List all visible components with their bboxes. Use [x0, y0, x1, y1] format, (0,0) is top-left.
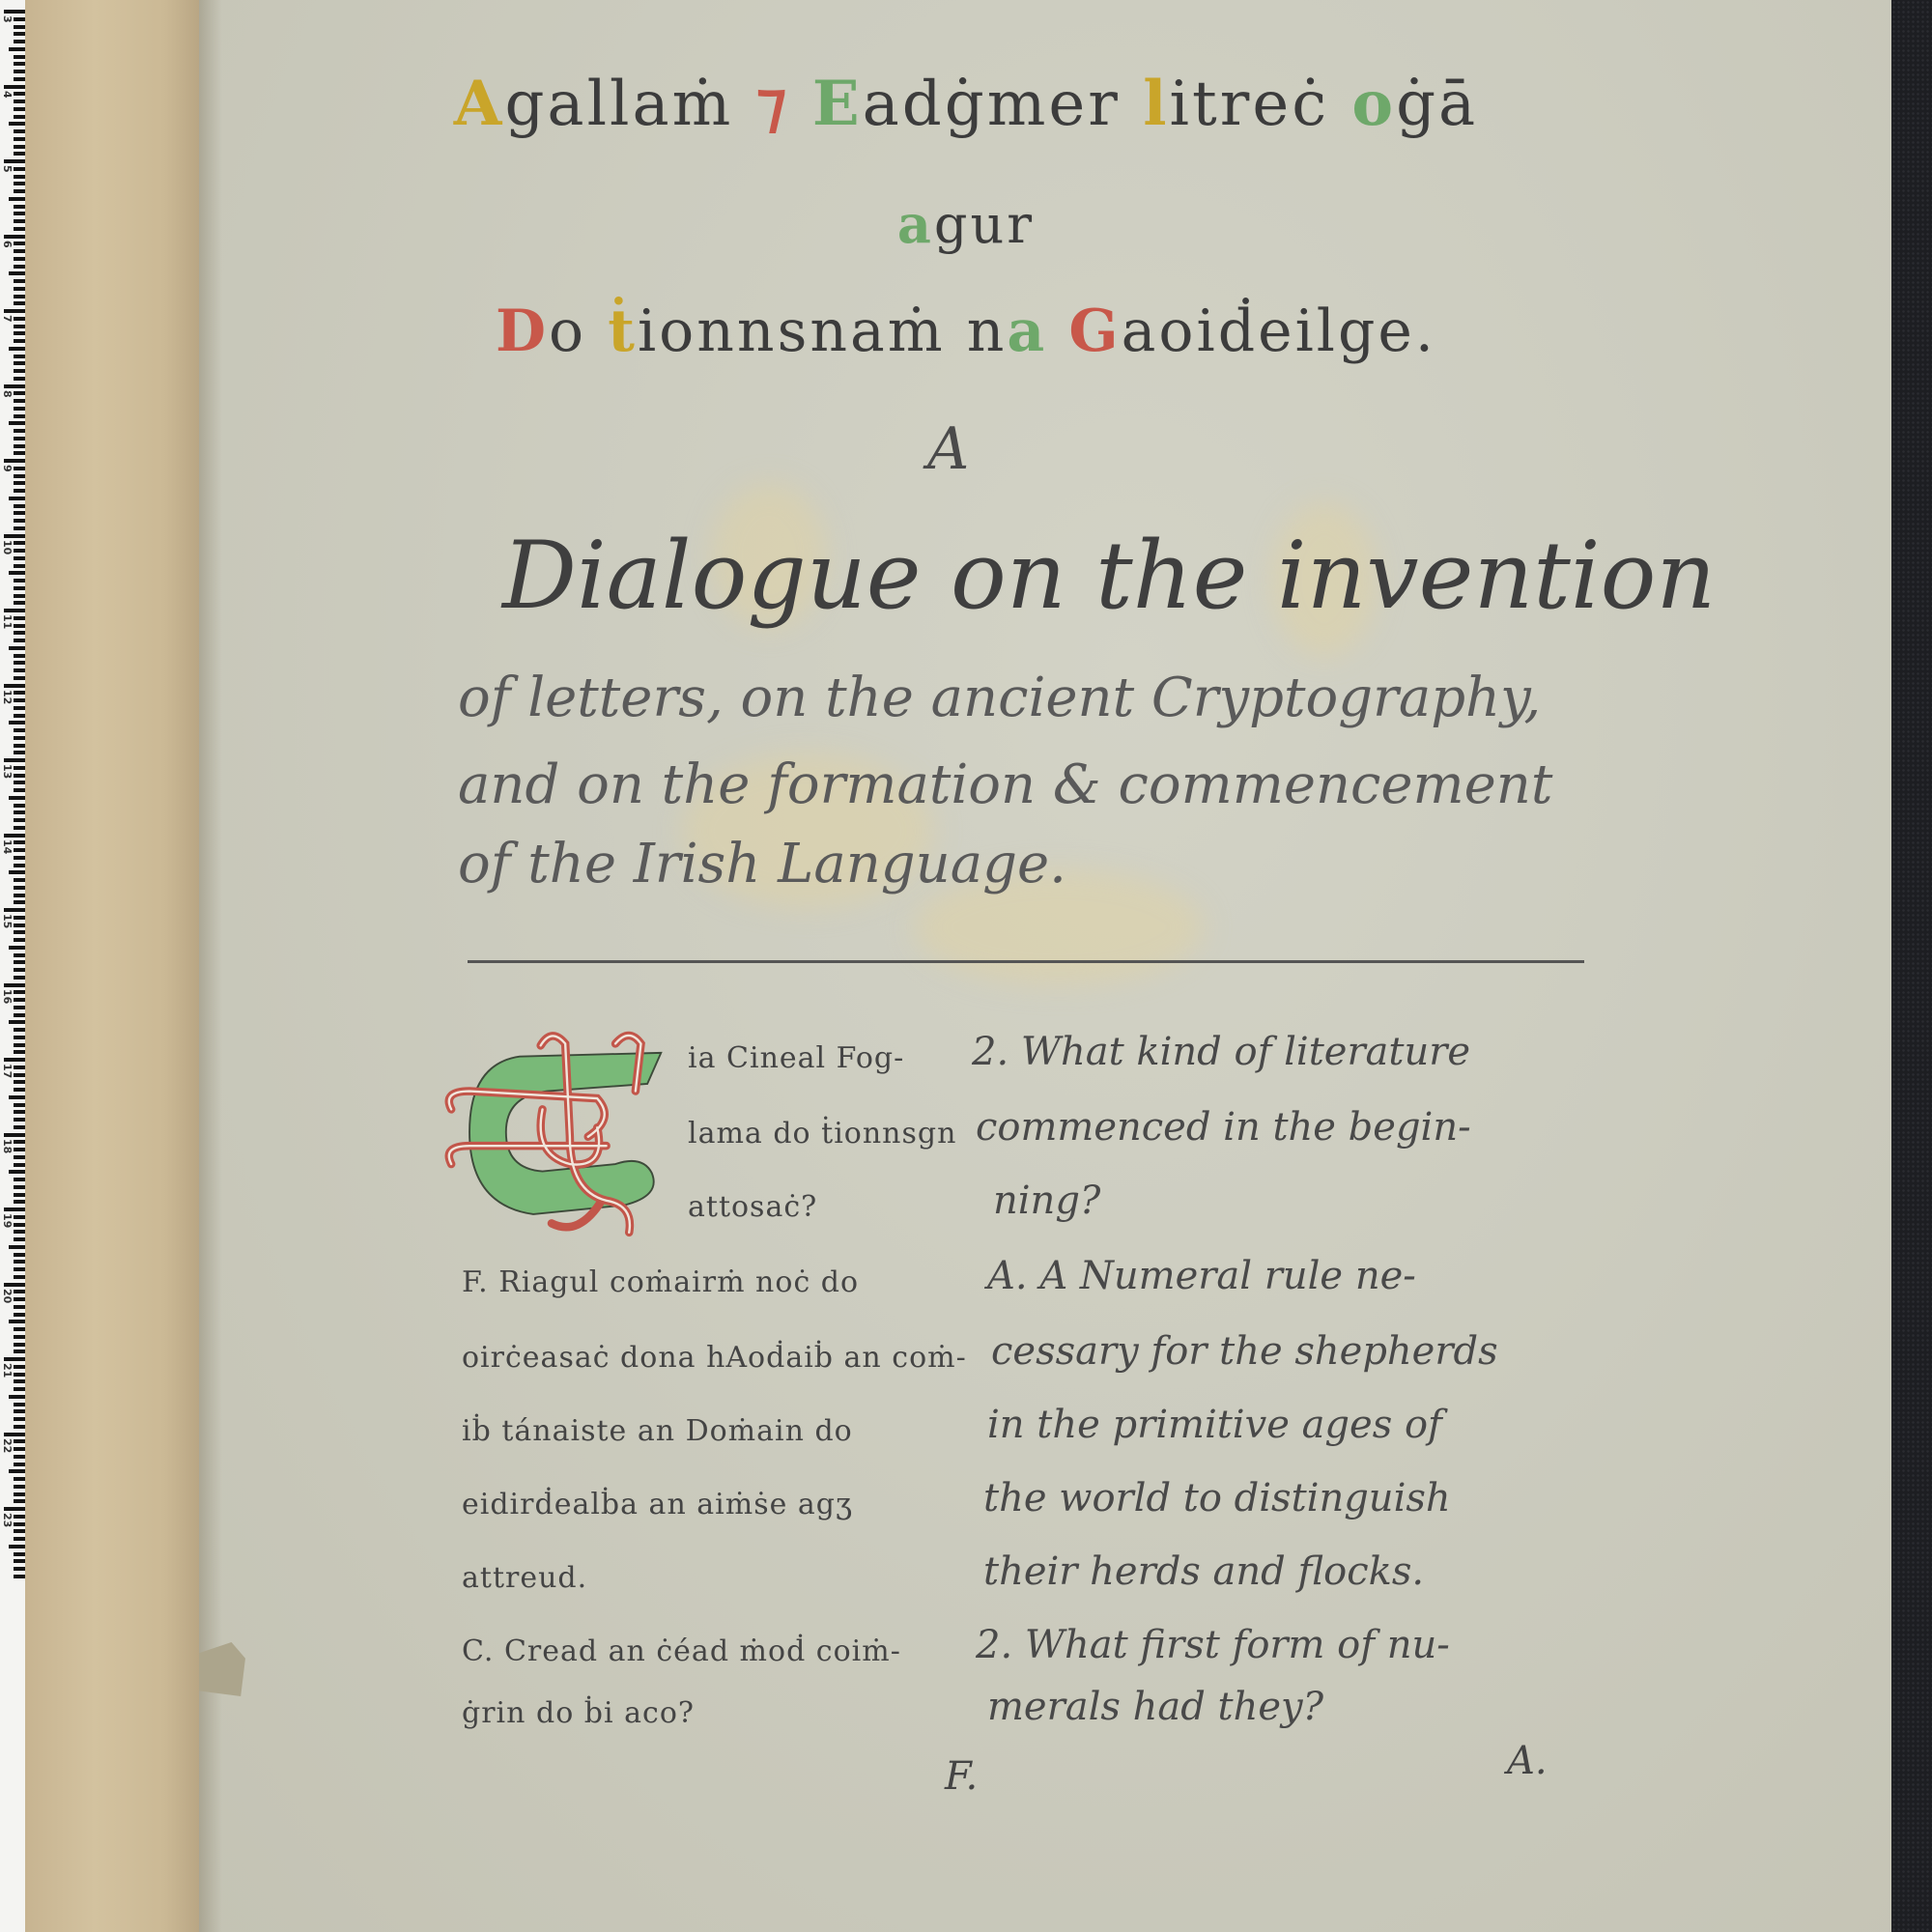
- illuminated-initial: A: [454, 68, 505, 140]
- ruler-tick: [14, 1387, 25, 1391]
- irish-title-line-3: Do ṫionnsnaṁ na Gaoiḋeilge.: [0, 298, 1932, 365]
- ruler-tick: [14, 1223, 25, 1227]
- ruler-tick: [14, 691, 25, 695]
- english-column-line: commenced in the begin-: [976, 1105, 1471, 1150]
- ruler-tick: [14, 1230, 25, 1234]
- ruler-tick: [9, 271, 25, 275]
- ruler-tick: [14, 1567, 25, 1571]
- ruler-label: 16: [1, 989, 14, 1009]
- ruler-tick: [14, 1006, 25, 1009]
- ruler-tick: [14, 25, 25, 29]
- ruler-tick: [14, 676, 25, 680]
- ruler-tick: [14, 654, 25, 658]
- english-title-line-3: and on the formation & commencement: [458, 753, 1552, 816]
- ruler-tick: [14, 639, 25, 642]
- ruler-label: 5: [1, 165, 14, 185]
- ruler-tick: [14, 1148, 25, 1151]
- ruler-tick: [14, 474, 25, 478]
- ruler-tick: [14, 279, 25, 283]
- ruler-tick: [9, 47, 25, 51]
- ruler-tick: [14, 751, 25, 754]
- ruler-tick: [14, 744, 25, 748]
- illuminated-initial: E: [812, 68, 863, 140]
- ruler-label: 3: [1, 15, 14, 35]
- ruler-tick: [14, 1492, 25, 1496]
- ruler-tick: [14, 541, 25, 545]
- ruler-tick: [14, 631, 25, 635]
- ruler-tick: [4, 684, 25, 688]
- ruler-label: 13: [1, 764, 14, 783]
- ruler-tick: [14, 1485, 25, 1489]
- ruler-tick: [14, 489, 25, 493]
- ruler-tick: [14, 414, 25, 418]
- ruler-tick: [14, 930, 25, 934]
- ruler-tick: [14, 1043, 25, 1047]
- ruler-tick: [14, 878, 25, 882]
- ruler-tick: [14, 1313, 25, 1317]
- ruler-tick: [14, 1529, 25, 1533]
- ruler-tick: [14, 17, 25, 21]
- ruler-tick: [14, 840, 25, 844]
- ruler-tick: [14, 1343, 25, 1347]
- ruler-tick: [14, 728, 25, 732]
- ruler-tick: [14, 1499, 25, 1503]
- ruler-tick: [14, 990, 25, 994]
- ruler-tick: [9, 497, 25, 500]
- ruler-tick: [14, 864, 25, 867]
- ruler-tick: [4, 459, 25, 463]
- ruler-tick: [14, 167, 25, 171]
- ruler-tick: [14, 998, 25, 1002]
- ruler-tick: [9, 721, 25, 724]
- ruler-tick: [14, 1327, 25, 1331]
- ruler-tick: [9, 1095, 25, 1099]
- ruler-label: 14: [1, 839, 14, 859]
- ruler-tick: [14, 856, 25, 860]
- ruler-label: 10: [1, 540, 14, 559]
- ruler-tick: [4, 1433, 25, 1436]
- ruler-tick: [14, 804, 25, 808]
- ruler-tick: [14, 40, 25, 43]
- ruler-tick: [14, 774, 25, 778]
- ruler-tick: [14, 1403, 25, 1406]
- ruler-tick: [4, 908, 25, 912]
- ruler-tick: [14, 1575, 25, 1578]
- ruler-tick: [14, 511, 25, 515]
- ruler-tick: [14, 451, 25, 455]
- ruler-tick: [14, 953, 25, 957]
- ruler-tick: [14, 287, 25, 291]
- ruler-tick: [9, 1020, 25, 1024]
- ruler-tick: [14, 1409, 25, 1413]
- english-column-line: the world to distinguish: [983, 1476, 1451, 1520]
- ruler-tick: [14, 1110, 25, 1114]
- book-cover-edge: [1891, 0, 1932, 1932]
- ruler-tick: [14, 1297, 25, 1301]
- ruler-tick: [14, 968, 25, 972]
- ruler-tick: [14, 152, 25, 156]
- ruler-tick: [14, 1050, 25, 1054]
- ruler-tick: [14, 894, 25, 897]
- ruler-tick: [14, 923, 25, 927]
- ruler-tick: [14, 391, 25, 395]
- ruler-tick: [14, 1477, 25, 1481]
- ruler-tick: [14, 1065, 25, 1069]
- ruler-tick: [14, 976, 25, 980]
- ruler-tick: [14, 714, 25, 718]
- ruler-tick: [14, 481, 25, 485]
- ruler-tick: [14, 1155, 25, 1159]
- ruler-tick: [9, 646, 25, 650]
- ruler-tick: [14, 1088, 25, 1092]
- english-title-line-2: of letters, on the ancient Cryptography,: [458, 667, 1541, 729]
- ruler-tick: [4, 1133, 25, 1137]
- ruler-tick: [14, 265, 25, 269]
- ruler-label: 21: [1, 1363, 14, 1382]
- ruler-tick: [4, 1283, 25, 1287]
- ruler-label: 12: [1, 690, 14, 709]
- irish-column-line: F. Riagul coṁairṁ noċ do: [462, 1265, 859, 1299]
- ruler-tick: [14, 55, 25, 59]
- facing-page-edge: [25, 0, 199, 1932]
- ruler-tick: [4, 1507, 25, 1511]
- ruler-label: 22: [1, 1438, 14, 1458]
- ruler-tick: [14, 848, 25, 852]
- illuminated-knotwork-initial: [431, 1018, 672, 1246]
- ruler-tick: [4, 159, 25, 163]
- ruler-tick: [14, 810, 25, 814]
- ruler-tick: [14, 938, 25, 942]
- ruler-tick: [14, 826, 25, 830]
- ruler-tick: [14, 407, 25, 411]
- ruler-tick: [14, 579, 25, 582]
- ruler-tick: [4, 534, 25, 538]
- ruler-tick: [14, 1080, 25, 1084]
- ruler-tick: [14, 1515, 25, 1519]
- ruler-tick: [4, 1058, 25, 1062]
- ruler-tick: [9, 1170, 25, 1174]
- english-column-line: in the primitive ages of: [987, 1403, 1442, 1447]
- ruler-tick: [14, 564, 25, 568]
- ruler-tick: [14, 257, 25, 261]
- ruler-tick: [14, 1365, 25, 1369]
- ruler-tick: [14, 32, 25, 36]
- ruler-tick: [14, 175, 25, 179]
- irish-column-line: attosaċ?: [688, 1190, 817, 1224]
- ruler-tick: [9, 1545, 25, 1548]
- ruler-tick: [14, 1028, 25, 1032]
- ruler-tick: [14, 594, 25, 598]
- ruler-tick: [14, 399, 25, 403]
- ruler-tick: [14, 467, 25, 470]
- ruler-tick: [14, 444, 25, 448]
- ruler-tick: [14, 1373, 25, 1377]
- ruler-tick: [14, 504, 25, 508]
- ruler-tick: [4, 758, 25, 762]
- horizontal-rule: [468, 960, 1584, 963]
- english-column-line: cessary for the shepherds: [991, 1329, 1498, 1374]
- ruler-tick: [14, 1036, 25, 1039]
- ruler-tick: [14, 1260, 25, 1264]
- ruler-tick: [14, 1193, 25, 1197]
- catchword-right: A.: [1507, 1739, 1548, 1783]
- ruler-tick: [14, 1237, 25, 1241]
- ruler-tick: [9, 571, 25, 575]
- ruler-tick: [9, 1245, 25, 1249]
- ruler-tick: [14, 1200, 25, 1204]
- ruler-tick: [14, 1253, 25, 1257]
- ruler-tick: [14, 1013, 25, 1017]
- ruler-tick: [14, 661, 25, 665]
- english-column-line: 2. What first form of nu-: [976, 1623, 1450, 1667]
- ruler-tick: [4, 10, 25, 14]
- english-column-line: merals had they?: [987, 1685, 1323, 1729]
- ruler-tick: [9, 1469, 25, 1473]
- ruler-label: 19: [1, 1213, 14, 1233]
- irish-column-line: attreud.: [462, 1561, 587, 1595]
- ruler-tick: [14, 1275, 25, 1279]
- english-column-line: their herds and flocks.: [983, 1549, 1424, 1594]
- ruler-tick: [14, 1267, 25, 1271]
- ruler-tick: [14, 1537, 25, 1541]
- ruler-tick: [14, 698, 25, 702]
- ruler-label: 17: [1, 1064, 14, 1083]
- irish-column-line: oirċeasaċ dona hAoḋaiḃ an coṁ-: [462, 1341, 967, 1375]
- ruler-tick: [4, 384, 25, 388]
- ruler-tick: [14, 519, 25, 523]
- irish-column-line: ġrin do ḃi aco?: [462, 1696, 695, 1730]
- ruler-tick: [14, 624, 25, 628]
- ruler-tick: [4, 834, 25, 838]
- ruler-tick: [14, 377, 25, 381]
- ruler-tick: [14, 706, 25, 710]
- english-column-line: A. A Numeral rule ne-: [987, 1254, 1416, 1298]
- ruler-tick: [14, 62, 25, 66]
- ruler-tick: [14, 1559, 25, 1563]
- irish-column-line: iḃ tánaiste an Doṁain do: [462, 1414, 853, 1448]
- ruler-tick: [14, 526, 25, 530]
- ruler-tick: [14, 145, 25, 149]
- ruler-tick: [14, 1455, 25, 1459]
- english-column-line: 2. What kind of literature: [972, 1030, 1470, 1074]
- ruler-tick: [14, 1522, 25, 1526]
- ruler-tick: [14, 900, 25, 904]
- ruler-tick: [14, 556, 25, 560]
- ruler-tick: [14, 736, 25, 740]
- ruler-tick: [14, 1425, 25, 1429]
- ruler-tick: [4, 983, 25, 987]
- ruler-tick: [14, 886, 25, 890]
- ruler-tick: [14, 668, 25, 672]
- ruler-tick: [14, 437, 25, 440]
- irish-title-line-2: agur: [0, 193, 1932, 255]
- ruler-tick: [9, 946, 25, 950]
- ruler-tick: [14, 1305, 25, 1309]
- ruler-tick: [14, 1215, 25, 1219]
- ruler-tick: [4, 1357, 25, 1361]
- scale-ruler: 34567891011121314151617181920212223: [0, 0, 25, 1932]
- ruler-tick: [14, 1073, 25, 1077]
- english-column-line: ning?: [993, 1179, 1100, 1223]
- english-title-line-1: Dialogue on the invention: [502, 522, 1716, 630]
- ruler-label: 9: [1, 465, 14, 484]
- ruler-label: 20: [1, 1289, 14, 1308]
- ruler-tick: [9, 870, 25, 874]
- ruler-label: 11: [1, 614, 14, 634]
- ruler-tick: [14, 1140, 25, 1144]
- irish-column-line: lama do ṫionnsgn: [688, 1117, 956, 1151]
- irish-column-line: eidirḋealḃa an aiṁṡe agʒ: [462, 1488, 853, 1521]
- ruler-tick: [14, 601, 25, 605]
- ruler-tick: [14, 1290, 25, 1293]
- ruler-tick: [14, 788, 25, 792]
- ruler-tick: [14, 1103, 25, 1107]
- ruler-tick: [14, 1552, 25, 1556]
- ruler-tick: [14, 1447, 25, 1451]
- ruler-label: 23: [1, 1513, 14, 1532]
- ruler-tick: [14, 1178, 25, 1181]
- ruler-tick: [14, 1379, 25, 1383]
- ruler-tick: [4, 1207, 25, 1211]
- irish-column-line: ia Cineal Fog-: [688, 1041, 904, 1075]
- ruler-tick: [9, 1395, 25, 1399]
- ruler-label: 18: [1, 1139, 14, 1158]
- ruler-tick: [9, 421, 25, 425]
- english-title-line-4: of the Irish Language.: [458, 833, 1066, 895]
- ruler-tick: [14, 1335, 25, 1339]
- ruler-tick: [14, 429, 25, 433]
- ruler-tick: [14, 818, 25, 822]
- catchword-left: F.: [945, 1754, 978, 1799]
- ruler-tick: [14, 1118, 25, 1122]
- ruler-tick: [14, 616, 25, 620]
- ruler-tick: [14, 1439, 25, 1443]
- english-title-article: A: [927, 415, 969, 483]
- ruler-tick: [9, 796, 25, 800]
- ruler-tick: [14, 766, 25, 770]
- ruler-tick: [14, 916, 25, 920]
- irish-title-line-1: Agallaṁ ⁊ Eadġmer litreċ oġā: [0, 68, 1932, 140]
- ruler-tick: [14, 549, 25, 553]
- ruler-tick: [14, 960, 25, 964]
- ruler-tick: [14, 781, 25, 784]
- ruler-tick: [14, 1125, 25, 1129]
- ruler-tick: [14, 1350, 25, 1353]
- ruler-tick: [14, 586, 25, 590]
- irish-column-line: C. Cread an ċéad ṁoḋ coiṁ-: [462, 1634, 901, 1668]
- ruler-tick: [4, 609, 25, 612]
- ruler-tick: [14, 1463, 25, 1466]
- ruler-tick: [14, 369, 25, 373]
- ruler-label: 15: [1, 914, 14, 933]
- ruler-label: 8: [1, 390, 14, 410]
- ruler-tick: [14, 182, 25, 185]
- ruler-tick: [14, 1417, 25, 1421]
- ruler-tick: [14, 1163, 25, 1167]
- ruler-tick: [14, 1185, 25, 1189]
- ruler-tick: [9, 1320, 25, 1323]
